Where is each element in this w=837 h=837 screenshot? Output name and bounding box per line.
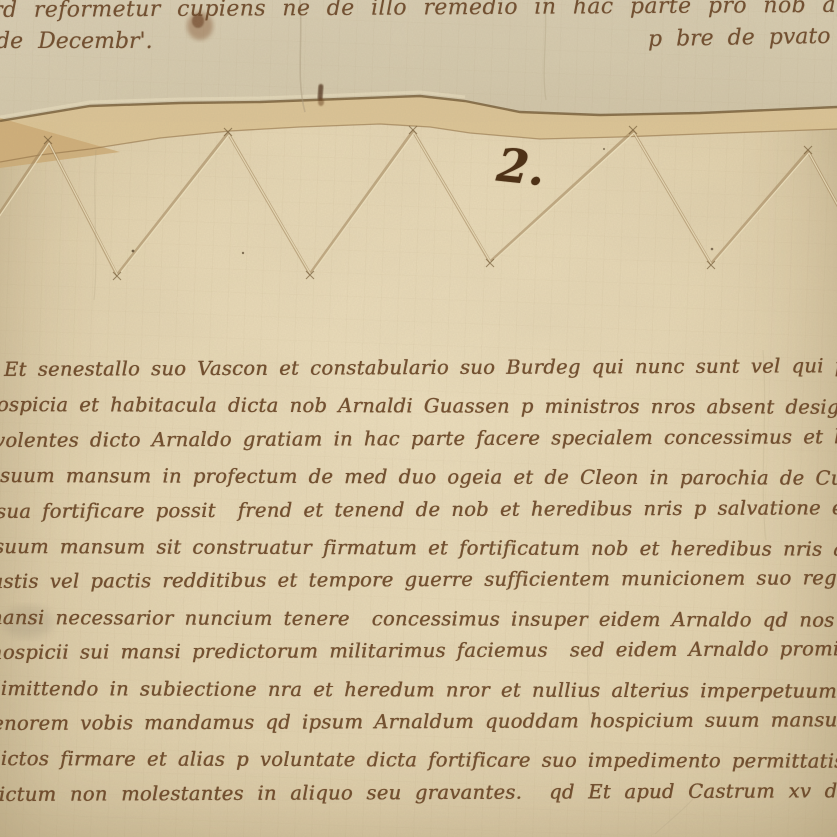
charter-text-block: Et senestallo suo Vascon et constabulari…: [0, 352, 837, 812]
text-line: dictum non molestantes in aliquo seu gra…: [0, 773, 837, 812]
upper-fragment-line-2: de Decembr'.: [0, 29, 153, 54]
text-line: tenorem vobis mandamus qd ipsum Arnaldum…: [0, 702, 837, 741]
folio-numeral: 2.: [494, 138, 547, 197]
text-line: iustis vel pactis redditibus et tempore …: [0, 561, 837, 600]
manuscript-photo: rd reformetur cupiens ne de illo remedio…: [0, 0, 837, 837]
privy-seal-note: p bre de pvato sig': [648, 23, 837, 52]
text-line: Et senestallo suo Vascon et constabulari…: [0, 348, 837, 387]
text-line: hospicii sui mansi predictorum militarim…: [0, 631, 837, 670]
text-line: volentes dicto Arnaldo gratiam in hac pa…: [0, 419, 837, 458]
text-line: sua fortificare possit frend et tenend d…: [0, 490, 837, 529]
